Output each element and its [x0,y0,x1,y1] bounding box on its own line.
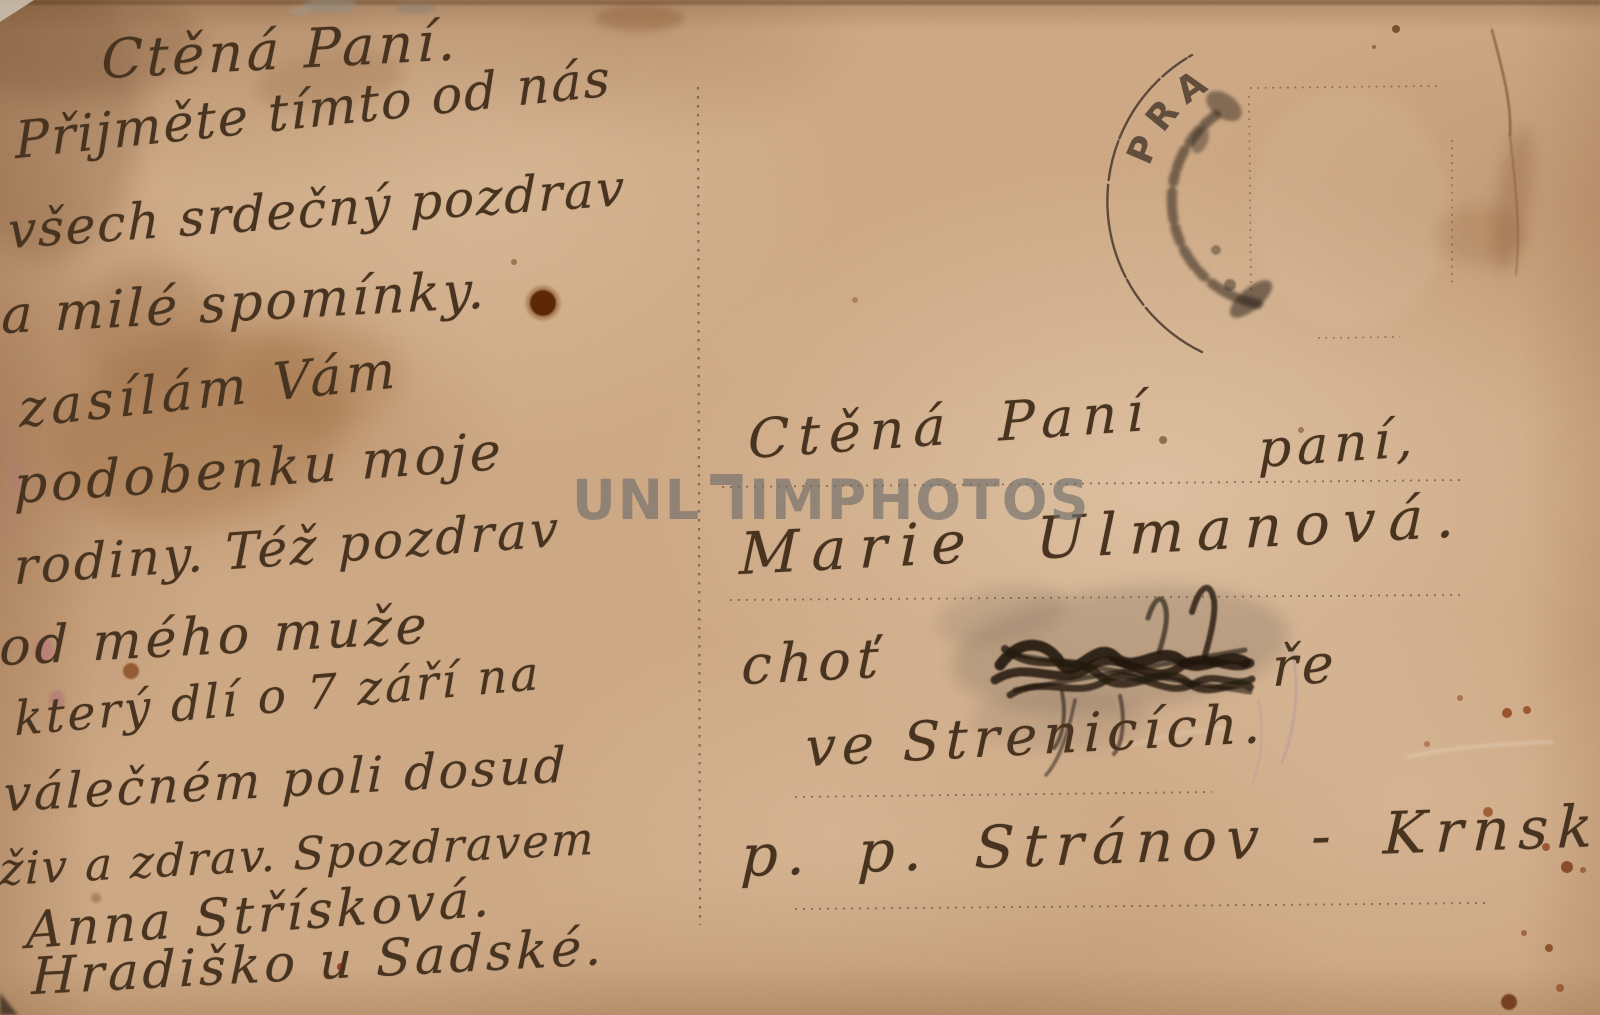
stamp-box-lighter-area [1250,90,1450,330]
watermark-bracket-icon [710,474,742,519]
watermark: UNLIMPHOTOS [572,468,1090,540]
message-line-4: a milé spomínky. [1,261,488,347]
address-line-4: ve Strenicích. [805,692,1267,779]
address-line-5: p. p. Stránov - Krnsko [740,790,1600,890]
postmark-text: PRA [1119,58,1221,170]
message-line-3: všech srdečný pozdrav [8,159,626,260]
stamp-placement-box [1249,86,1452,338]
address-line-3-before-scribble: choť [741,627,885,698]
torn-corner [0,0,34,22]
message-line-5: zasílám Vám [18,340,401,440]
address-line-3-after-scribble: ře [1272,631,1338,699]
message-line-6: podobenku moje [14,422,505,516]
postmark-stamp: PRA [1107,55,1278,352]
address-line-1-left: Ctěná Paní [748,380,1152,471]
address-underline-3 [795,792,1212,797]
watermark-text-left: UNL [572,468,701,532]
postcard-photo: PRA [0,0,1600,1015]
address-line-1-right: paní, [1258,409,1419,480]
address-underline-2 [730,595,1460,600]
message-line-7: rodiny. Též pozdrav [14,500,561,596]
address-underline-4 [795,903,1490,909]
watermark-text-right: IMPHOTOS [749,468,1090,532]
message-line-10: válečném poli dosud [3,736,569,823]
